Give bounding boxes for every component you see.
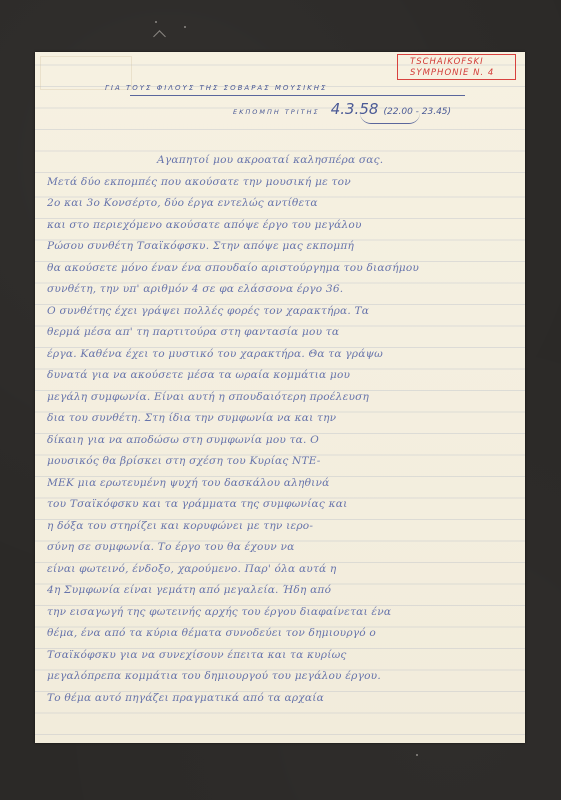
text-line: μεγαλόπρεπα κομμάτια του δημιουργού του …	[47, 666, 517, 688]
text-line: μεγάλη συμφωνία. Είναι αυτή η σπουδαιότε…	[47, 387, 517, 409]
text-line: ΜΕΚ μια ερωτευμένη ψυχή του δασκάλου αλη…	[47, 473, 517, 495]
label-work: SYMPHONIE N. 4	[410, 68, 515, 79]
text-line: 2ο και 3ο Κονσέρτο, δύο έργα εντελώς αντ…	[47, 193, 517, 215]
program-title: ΓΙΑ ΤΟΥΣ ΦΙΛΟΥΣ ΤΗΣ ΣΟΒΑΡΑΣ ΜΟΥΣΙΚΗΣ	[105, 84, 327, 92]
dust-speck	[416, 754, 418, 756]
text-line: σύνη σε συμφωνία. Το έργο του θα έχουν ν…	[47, 537, 517, 559]
handwritten-body: Αγαπητοί μου ακροαταί καλησπέρα σας. Μετ…	[47, 150, 517, 709]
text-line: μουσικός θα βρίσκει στη σχέση του Κυρίας…	[47, 451, 517, 473]
text-line: Ο συνθέτης έχει γράψει πολλές φορές τον …	[47, 301, 517, 323]
text-line: είναι φωτεινό, ένδοξο, χαρούμενο. Παρ' ό…	[47, 559, 517, 581]
text-line: Τσαϊκόφσκυ για να συνεχίσουν έπειτα και …	[47, 645, 517, 667]
broadcast-label: ΕΚΠΟΜΠΗ ΤΡΙΤΗΣ	[233, 108, 320, 116]
text-line: η δόξα του στηρίζει και κορυφώνει με την…	[47, 516, 517, 538]
label-composer: TSCHAIKOFSKI	[410, 57, 515, 68]
text-line: του Τσαϊκόφσκυ και τα γράμματα της συμφω…	[47, 494, 517, 516]
text-line: δίκαιη για να αποδώσω στη συμφωνία μου τ…	[47, 430, 517, 452]
text-line: θέμα, ένα από τα κύρια θέματα συνοδεύει …	[47, 623, 517, 645]
red-title-label: TSCHAIKOFSKI SYMPHONIE N. 4	[397, 54, 516, 80]
text-line: δυνατά για να ακούσετε μέσα τα ωραία κομ…	[47, 365, 517, 387]
header-underline	[130, 95, 465, 96]
dust-speck	[184, 26, 186, 28]
text-line: και στο περιεχόμενο ακούσατε απόψε έργο …	[47, 215, 517, 237]
dust-speck	[155, 21, 157, 23]
text-line: Ρώσου συνθέτη Τσαϊκόφσκυ. Στην απόψε μας…	[47, 236, 517, 258]
document-page: TSCHAIKOFSKI SYMPHONIE N. 4 ΓΙΑ ΤΟΥΣ ΦΙΛ…	[35, 52, 525, 743]
text-line: 4η Συμφωνία είναι γεμάτη από μεγαλεία. Ή…	[47, 580, 517, 602]
text-line: Μετά δύο εκπομπές που ακούσατε την μουσι…	[47, 172, 517, 194]
text-line: Αγαπητοί μου ακροαταί καλησπέρα σας.	[47, 150, 517, 172]
text-line: δια του συνθέτη. Στη ίδια την συμφωνία ν…	[47, 408, 517, 430]
time-underline	[360, 113, 420, 124]
text-line: Το θέμα αυτό πηγάζει πραγματικά από τα α…	[47, 688, 517, 710]
text-line: έργα. Καθένα έχει το μυστικό του χαρακτή…	[47, 344, 517, 366]
text-line: συνθέτη, την υπ' αριθμόν 4 σε φα ελάσσον…	[47, 279, 517, 301]
text-line: θερμά μέσα απ' τη παρτιτούρα στη φαντασί…	[47, 322, 517, 344]
text-line: την εισαγωγή της φωτεινής αρχής του έργο…	[47, 602, 517, 624]
text-line: θα ακούσετε μόνο έναν ένα σπουδαίο αριστ…	[47, 258, 517, 280]
